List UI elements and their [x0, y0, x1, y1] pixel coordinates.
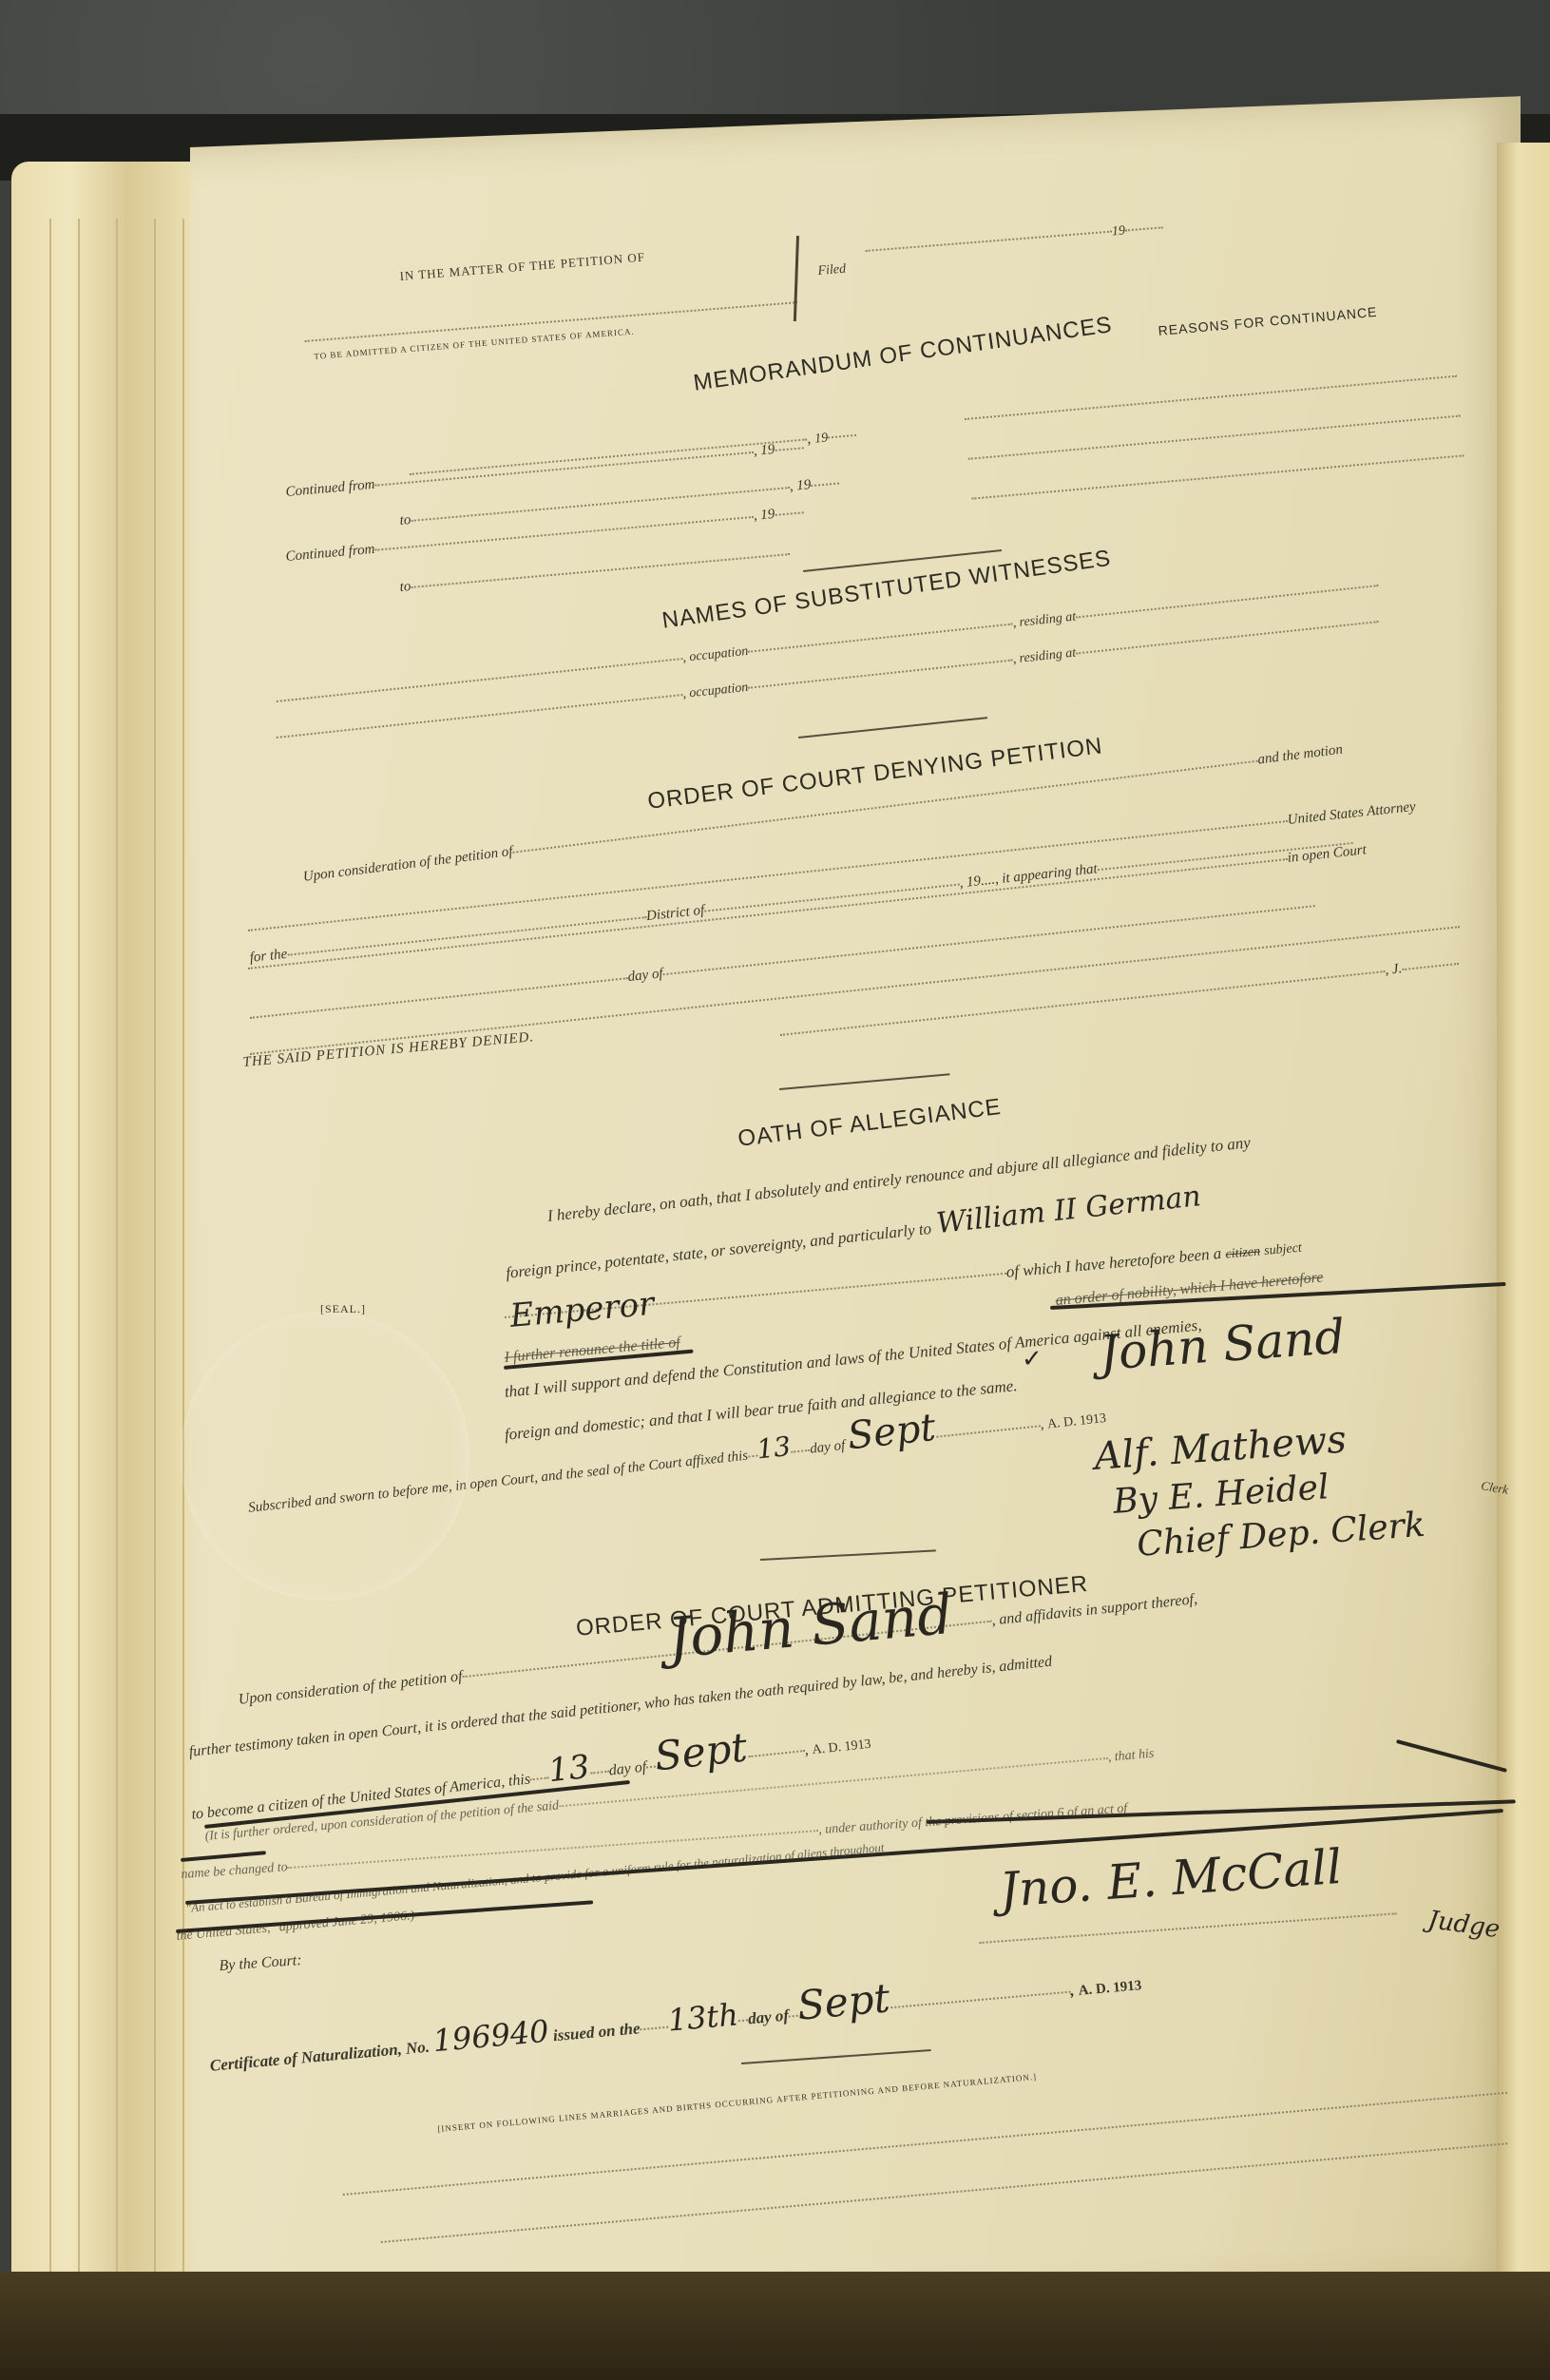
checkmark-icon: ✓ — [1022, 1345, 1043, 1373]
judge-title: Judge — [1426, 1906, 1502, 1944]
section-divider — [779, 1073, 949, 1090]
certificate-number: 196940 — [431, 2013, 550, 2060]
certificate-line: Certificate of Naturalization, No. 19694… — [207, 1952, 1142, 2081]
section-divider — [741, 2049, 931, 2064]
section-divider — [760, 1549, 936, 1561]
strike-line — [181, 1851, 266, 1862]
embossed-seal — [181, 1312, 469, 1601]
emperor-handwriting: Emperor — [508, 1285, 656, 1335]
petitioner-name-handwriting: John Sand — [665, 1582, 955, 1671]
filed-date-field: 19 — [865, 219, 1163, 259]
oath-title: OATH OF ALLEGIANCE — [737, 1094, 1003, 1153]
continuance-row-5: to — [399, 546, 791, 596]
judge-signature: Jno. E. McCall — [998, 1839, 1344, 1918]
filed-label: Filed — [817, 262, 847, 279]
sovereign-handwriting: William II German — [935, 1180, 1203, 1240]
insert-line-2 — [380, 2135, 1508, 2251]
petition-matter-label: IN THE MATTER OF THE PETITION OF — [399, 250, 645, 284]
page-content: IN THE MATTER OF THE PETITION OF TO BE A… — [0, 0, 1550, 2380]
clerk-suffix: Clerk — [1480, 1478, 1509, 1498]
petitioner-oath-signature: John Sand — [1098, 1309, 1347, 1381]
strike-line — [1396, 1739, 1507, 1773]
by-court-label: By the Court: — [219, 1952, 302, 1975]
memorandum-title: MEMORANDUM OF CONTINUANCES — [692, 312, 1114, 397]
reasons-lines — [965, 375, 1464, 500]
section-divider — [798, 717, 987, 739]
insert-note: [INSERT ON FOLLOWING LINES MARRIAGES AND… — [437, 2072, 1037, 2134]
header-brace — [794, 236, 799, 321]
reasons-title: REASONS FOR CONTINUANCE — [1158, 304, 1378, 338]
